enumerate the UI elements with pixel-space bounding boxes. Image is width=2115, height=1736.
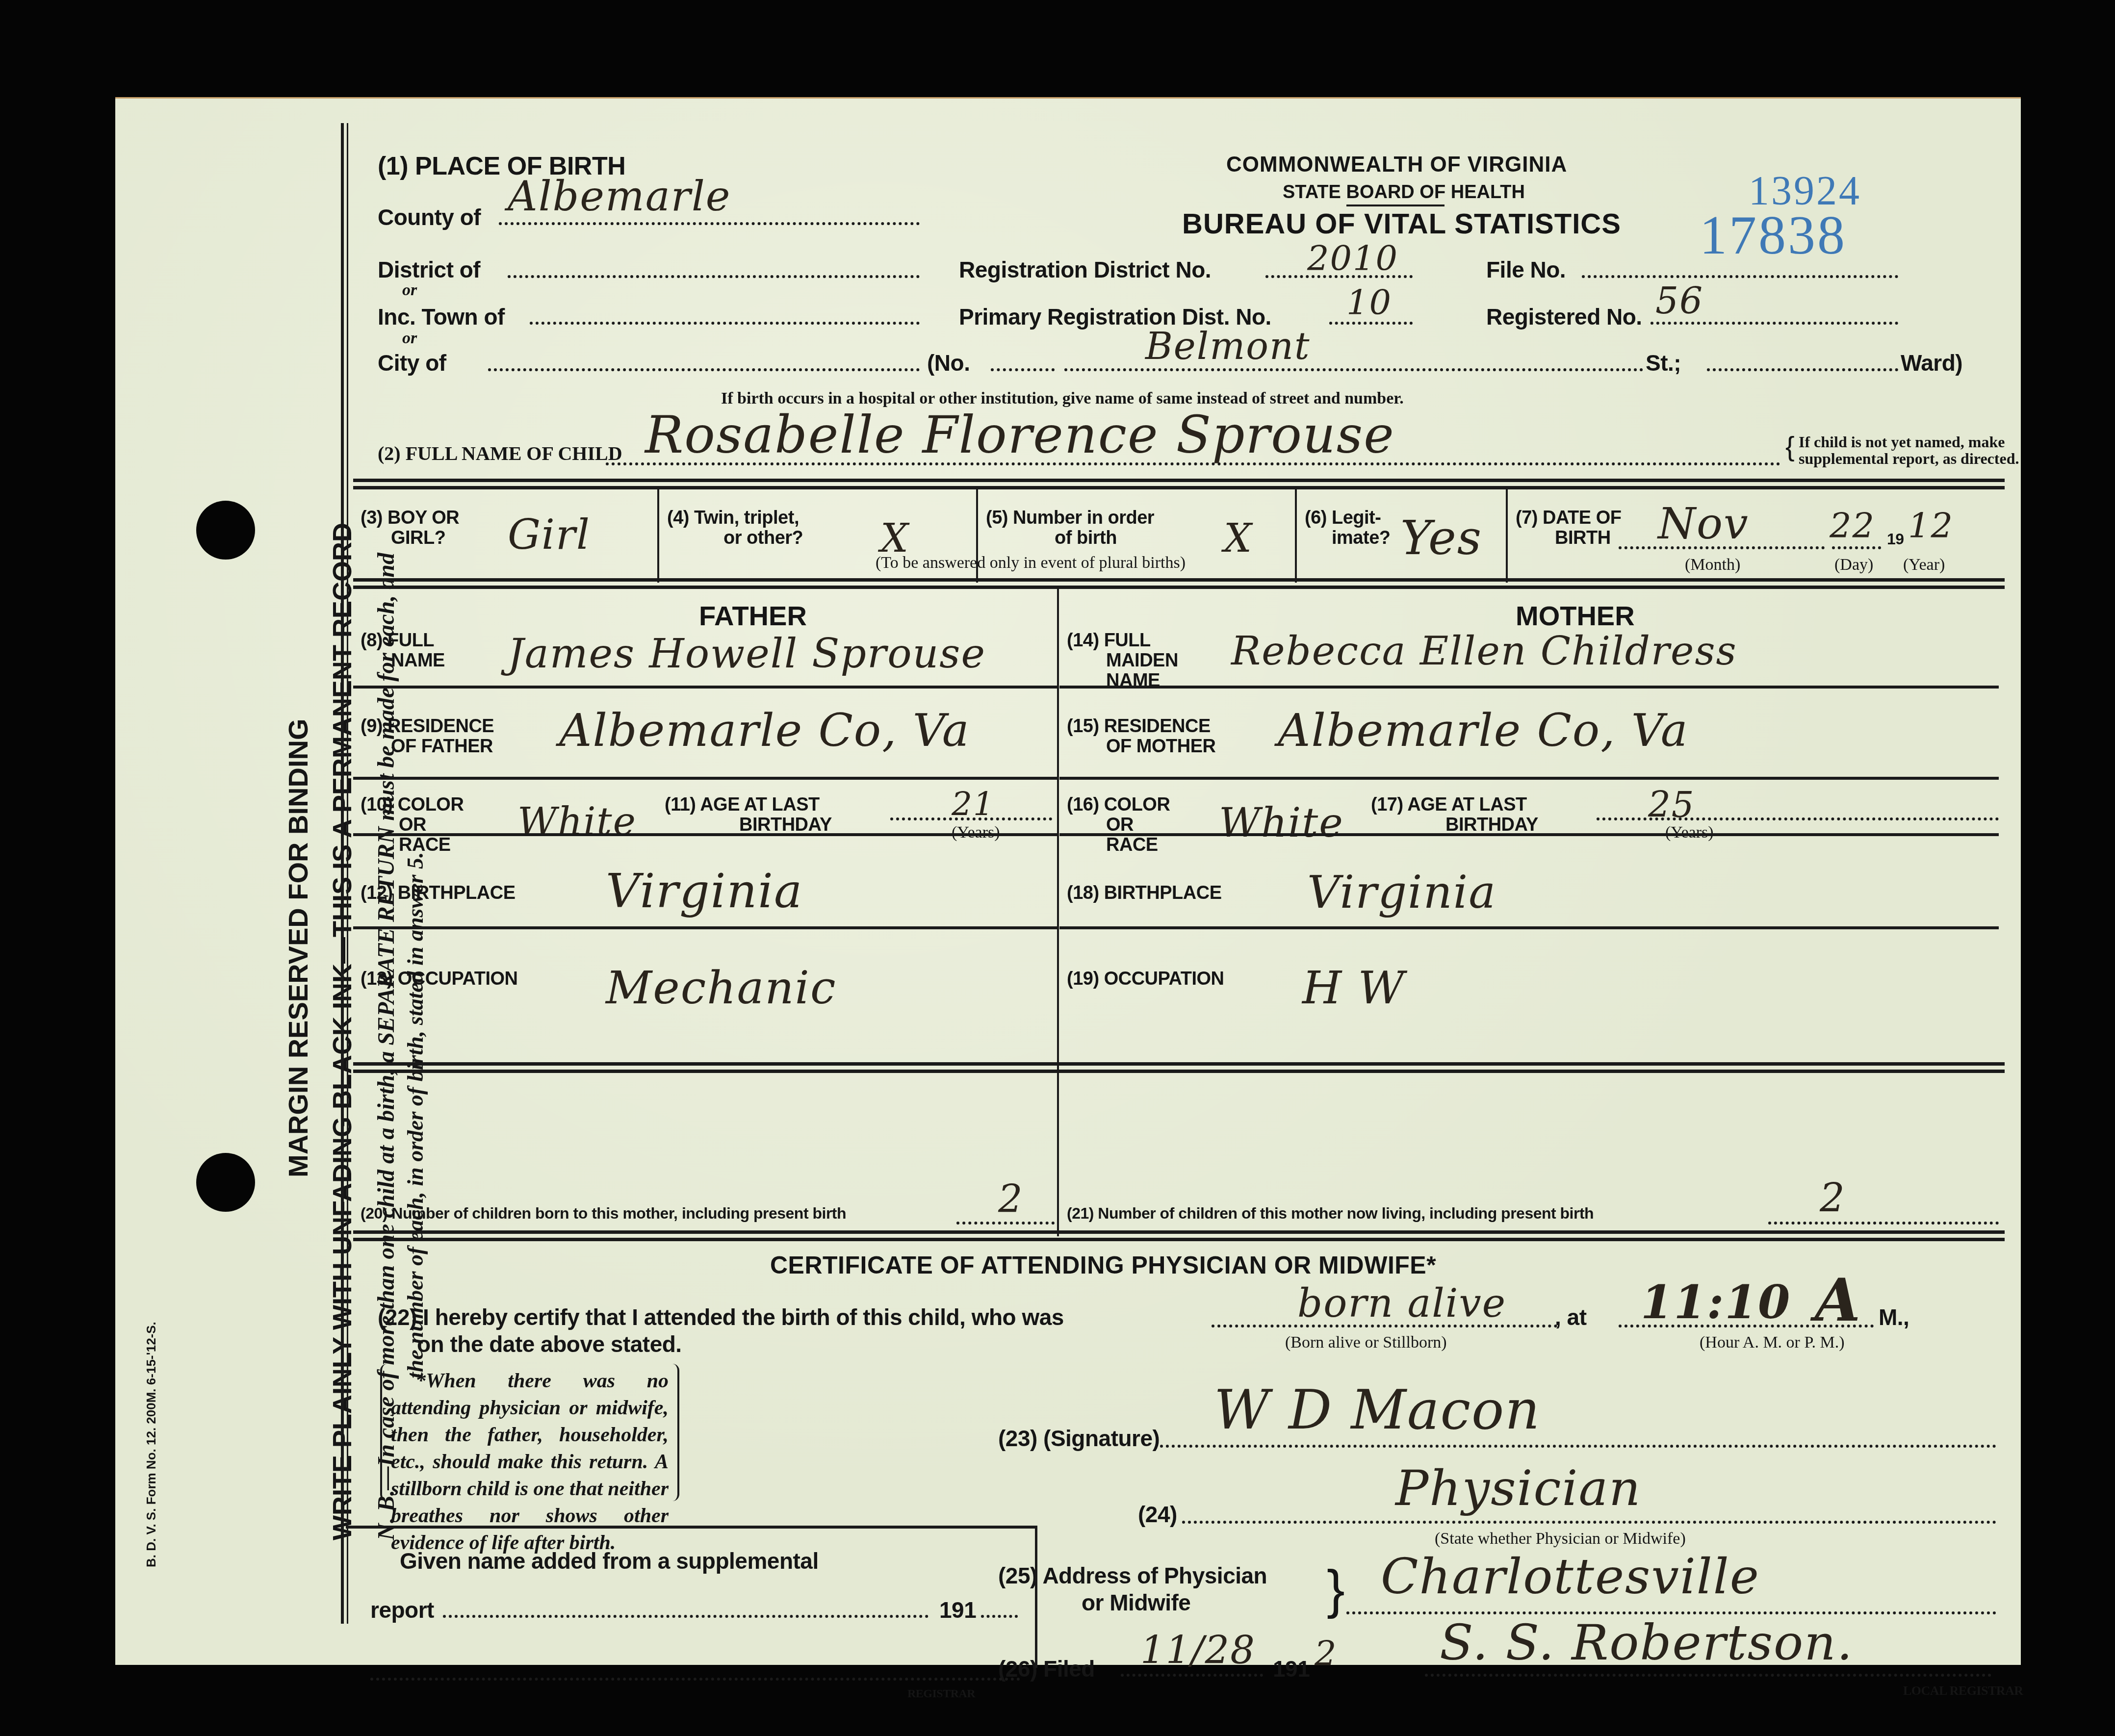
row-divider: [1059, 777, 1999, 780]
street-field[interactable]: Belmont: [1145, 324, 1310, 368]
punch-hole-bottom: [196, 1153, 255, 1212]
file-no-field[interactable]: [1582, 275, 1898, 278]
supplemental-report-field[interactable]: [443, 1615, 929, 1618]
mother-residence-field[interactable]: Albemarle Co, Va: [1278, 704, 1689, 757]
city-label: City of: [378, 350, 446, 376]
dob-year-prefix: 19: [1887, 530, 1904, 548]
filed-year-field[interactable]: 2: [1315, 1634, 1338, 1674]
father-occupation-field[interactable]: Mechanic: [606, 962, 836, 1014]
primary-dist-label: Primary Registration Dist. No.: [959, 304, 1271, 330]
m-label: M.,: [1879, 1304, 1909, 1330]
mother-heading: MOTHER: [1516, 600, 1635, 632]
local-registrar-caption: LOCAL REGISTRAR: [1903, 1684, 2023, 1698]
town-label: Inc. Town of: [378, 304, 505, 330]
child-name-label: (2) FULL NAME OF CHILD: [378, 442, 622, 465]
certify-text-2: on the date above stated.: [417, 1331, 682, 1357]
county-line: [499, 222, 920, 225]
child-name-note-1: If child is not yet named, make: [1799, 433, 2005, 451]
filed-line: [1121, 1674, 1263, 1677]
dob-label-line1: (7) DATE OF: [1516, 508, 1621, 528]
cell-divider: [1295, 489, 1297, 583]
instruction-note-box: *When there was no attending physician o…: [380, 1364, 679, 1501]
address-field[interactable]: Charlottesville: [1381, 1548, 1760, 1605]
legit-label-line2: imate?: [1305, 528, 1390, 548]
address-label-2: or Midwife: [1082, 1589, 1190, 1616]
born-status-field[interactable]: born alive: [1297, 1280, 1506, 1326]
father-birthplace-field[interactable]: Virginia: [606, 864, 803, 919]
father-color-field[interactable]: White: [517, 800, 637, 844]
mother-occupation-label: (19) OCCUPATION: [1067, 969, 1224, 989]
section-divider: [353, 1062, 2005, 1073]
year-caption: (Year): [1903, 556, 1945, 574]
dob-label-line2: BIRTH: [1516, 528, 1621, 548]
reg-district-label: Registration District No.: [959, 256, 1211, 283]
row-divider: [353, 833, 1057, 836]
legit-label-line1: (6) Legit-: [1305, 508, 1390, 528]
twin-label-line1: (4) Twin, triplet,: [667, 508, 803, 528]
file-no-label: File No.: [1486, 256, 1566, 283]
cell-divider: [657, 489, 659, 583]
father-age-label: (11) AGE AT LAST BIRTHDAY: [665, 795, 832, 835]
margin-rule-inner: [347, 123, 348, 1624]
certificate-heading: CERTIFICATE OF ATTENDING PHYSICIAN OR MI…: [770, 1251, 1436, 1279]
sex-label: (3) BOY OR GIRL?: [361, 508, 459, 548]
mother-residence-label-line1: (15) RESIDENCE: [1067, 716, 1215, 737]
reg-district-field[interactable]: 2010: [1307, 238, 1398, 279]
plural-note: (To be answered only in event of plural …: [876, 554, 1186, 572]
supplemental-year-prefix: 191: [939, 1597, 976, 1623]
supplemental-year-field[interactable]: [981, 1615, 1018, 1618]
district-label: District of: [378, 256, 480, 283]
father-color-label-line3: RACE: [361, 835, 464, 855]
children-living-field[interactable]: 2: [1820, 1175, 1846, 1221]
street-line: [1064, 368, 1643, 371]
mother-name-label-line2: MAIDEN: [1067, 651, 1178, 671]
ward-label: Ward): [1901, 350, 1962, 376]
dob-month-field[interactable]: Nov: [1658, 498, 1749, 549]
address-label-1: (25) Address of Physician: [998, 1562, 1267, 1589]
filed-year-prefix: 191: [1273, 1656, 1310, 1682]
supplemental-registrar-line[interactable]: [370, 1678, 1020, 1681]
header-bureau: BUREAU OF VITAL STATISTICS: [1182, 207, 1621, 240]
street-no-field[interactable]: [991, 368, 1055, 371]
city-field[interactable]: [488, 368, 920, 371]
supplemental-box: [346, 1526, 1037, 1668]
margin-nb-line2: the number of each, in order of birth, s…: [402, 852, 428, 1379]
primary-dist-field[interactable]: 10: [1346, 282, 1392, 323]
father-age-field[interactable]: 21: [952, 785, 995, 823]
born-caption: (Born alive or Stillborn): [1285, 1333, 1447, 1352]
dob-label: (7) DATE OF BIRTH: [1516, 508, 1621, 548]
children-born-field[interactable]: 2: [998, 1177, 1024, 1222]
role-caption: (State whether Physician or Midwife): [1435, 1530, 1686, 1548]
mother-age-label-line1: (17) AGE AT LAST: [1371, 795, 1538, 815]
father-name-field[interactable]: James Howell Sprouse: [508, 631, 986, 677]
mother-color-label-line3: RACE: [1067, 835, 1170, 855]
registrar-line: [1425, 1674, 1991, 1677]
dob-day-field[interactable]: 22: [1830, 506, 1875, 546]
registered-no-label: Registered No.: [1486, 304, 1642, 330]
margin-binding-text: MARGIN RESERVED FOR BINDING: [282, 719, 314, 1177]
section-divider: [353, 1230, 2005, 1241]
hour-caption: (Hour A. M. or P. M.): [1700, 1333, 1845, 1352]
punch-hole-top: [196, 501, 255, 560]
mother-birthplace-field[interactable]: Virginia: [1307, 866, 1496, 919]
father-residence-field[interactable]: Albemarle Co, Va: [559, 704, 970, 757]
father-name-label: (8) FULL NAME: [361, 631, 445, 671]
stamp-number-bottom: 17838: [1700, 204, 1847, 267]
mother-color-label-line2: OR: [1067, 815, 1170, 835]
father-color-label-line2: OR: [361, 815, 464, 835]
father-color-label: (10) COLOR OR RACE: [361, 795, 464, 855]
or-text: or: [402, 329, 417, 348]
header-commonwealth: COMMONWEALTH OF VIRGINIA: [1226, 153, 1567, 177]
row-divider: [353, 777, 1057, 780]
margin-rule: [341, 123, 344, 1624]
mother-occupation-field[interactable]: H W: [1302, 962, 1405, 1014]
or-text: or: [402, 281, 417, 300]
hour-field[interactable]: 11:10: [1641, 1276, 1791, 1329]
father-name-label-line1: (8) FULL: [361, 631, 445, 651]
order-label: (5) Number in order of birth: [986, 508, 1154, 548]
legit-field[interactable]: Yes: [1400, 511, 1482, 565]
signature-label: (23) (Signature): [998, 1425, 1160, 1452]
registered-no-field[interactable]: 56: [1655, 280, 1703, 322]
father-color-label-line1: (10) COLOR: [361, 795, 464, 815]
at-label: , at: [1555, 1304, 1586, 1330]
row-divider: [353, 686, 1057, 689]
street-no-label: (No.: [927, 350, 970, 376]
order-label-line2: of birth: [986, 528, 1154, 548]
children-living-label: (21) Number of children of this mother n…: [1067, 1204, 1594, 1223]
role-line: [1182, 1521, 1996, 1524]
mother-years-caption: (Years): [1665, 823, 1714, 842]
county-label: County of: [378, 204, 481, 230]
month-caption: (Month): [1685, 556, 1740, 574]
supplemental-report-label: report: [370, 1597, 434, 1623]
father-birthplace-label: (12) BIRTHPLACE: [361, 883, 516, 903]
father-age-label-line2: BIRTHDAY: [665, 815, 832, 835]
row-divider: [1059, 833, 1999, 836]
mother-color-label: (16) COLOR OR RACE: [1067, 795, 1170, 855]
father-years-caption: (Years): [952, 823, 1000, 842]
form-number: B. D. V. S. Form No. 12. 200M. 6-15-'12-…: [144, 1322, 159, 1567]
sex-label-line1: (3) BOY OR: [361, 508, 459, 528]
row-divider: [1059, 686, 1999, 689]
day-caption: (Day): [1834, 556, 1873, 574]
sex-label-line2: GIRL?: [361, 528, 459, 548]
father-residence-label-line1: (9) RESIDENCE: [361, 716, 494, 737]
birth-certificate-page: MARGIN RESERVED FOR BINDING WRITE PLAINL…: [115, 97, 2021, 1665]
order-field[interactable]: X: [1224, 515, 1253, 561]
role-label: (24): [1138, 1501, 1177, 1528]
row-divider: [1059, 926, 1999, 929]
children-born-line: [956, 1222, 1055, 1225]
mother-color-field[interactable]: White: [1219, 800, 1344, 846]
header-board: STATE BOARD OF HEALTH: [1283, 182, 1525, 203]
father-age-label-line1: (11) AGE AT LAST: [665, 795, 832, 815]
brace-icon: }: [1327, 1562, 1345, 1616]
role-field[interactable]: Physician: [1395, 1459, 1642, 1517]
mother-age-field[interactable]: 25: [1648, 784, 1695, 825]
certify-text-1: (22) I hereby certify that I attended th…: [378, 1304, 1064, 1330]
mother-age-label-line2: BIRTHDAY: [1371, 815, 1538, 835]
mother-age-label: (17) AGE AT LAST BIRTHDAY: [1371, 795, 1538, 835]
ward-field[interactable]: [1707, 368, 1898, 371]
ampm-field[interactable]: A: [1815, 1266, 1861, 1335]
mother-name-label: (14) FULL MAIDEN NAME: [1067, 631, 1178, 691]
sex-field[interactable]: Girl: [508, 511, 591, 559]
father-residence-label-line2: OF FATHER: [361, 737, 494, 757]
header-underline: [1346, 204, 1444, 206]
legit-label: (6) Legit- imate?: [1305, 508, 1390, 548]
order-label-line1: (5) Number in order: [986, 508, 1154, 528]
mother-name-field[interactable]: Rebecca Ellen Childress: [1231, 628, 1737, 674]
dob-year-field[interactable]: 12: [1908, 506, 1954, 546]
children-born-label: (20) Number of children born to this mot…: [361, 1204, 846, 1223]
dob-day-line: [1832, 546, 1881, 549]
father-heading: FATHER: [699, 600, 807, 632]
filed-date-field[interactable]: 11/28: [1140, 1629, 1256, 1673]
mother-residence-label-line2: OF MOTHER: [1067, 737, 1215, 757]
town-field[interactable]: [530, 322, 920, 325]
brace-icon: {: [1785, 430, 1795, 462]
father-residence-label: (9) RESIDENCE OF FATHER: [361, 716, 494, 757]
signature-line: [1160, 1445, 1996, 1448]
st-label: St.;: [1646, 350, 1681, 376]
father-occupation-label: (13) OCCUPATION: [361, 969, 517, 989]
row-divider: [353, 926, 1057, 929]
parents-divider: [1057, 589, 1059, 1084]
registrar-signature-field[interactable]: S. S. Robertson.: [1440, 1614, 1853, 1671]
supplemental-text: Given name added from a supplemental: [400, 1548, 819, 1574]
mother-birthplace-label: (18) BIRTHPLACE: [1067, 883, 1222, 903]
mother-name-label-line1: (14) FULL: [1067, 631, 1178, 651]
children-living-line: [1768, 1222, 1999, 1225]
twin-label-line2: or other?: [667, 528, 803, 548]
child-name-note-2: supplemental report, as directed.: [1799, 450, 2019, 468]
twin-label: (4) Twin, triplet, or other?: [667, 508, 803, 548]
father-name-label-line2: NAME: [361, 651, 445, 671]
section-divider: [353, 479, 2005, 489]
child-name-field[interactable]: Rosabelle Florence Sprouse: [645, 405, 1395, 465]
cell-divider: [1506, 489, 1508, 583]
signature-field[interactable]: W D Macon: [1214, 1379, 1541, 1441]
children-divider: [1057, 1072, 1059, 1236]
mother-residence-label: (15) RESIDENCE OF MOTHER: [1067, 716, 1215, 757]
section-divider: [353, 578, 2005, 589]
county-field[interactable]: Albemarle: [508, 172, 731, 220]
district-field[interactable]: [508, 275, 920, 278]
mother-color-label-line1: (16) COLOR: [1067, 795, 1170, 815]
supplemental-registrar-caption: REGISTRAR: [907, 1687, 975, 1701]
